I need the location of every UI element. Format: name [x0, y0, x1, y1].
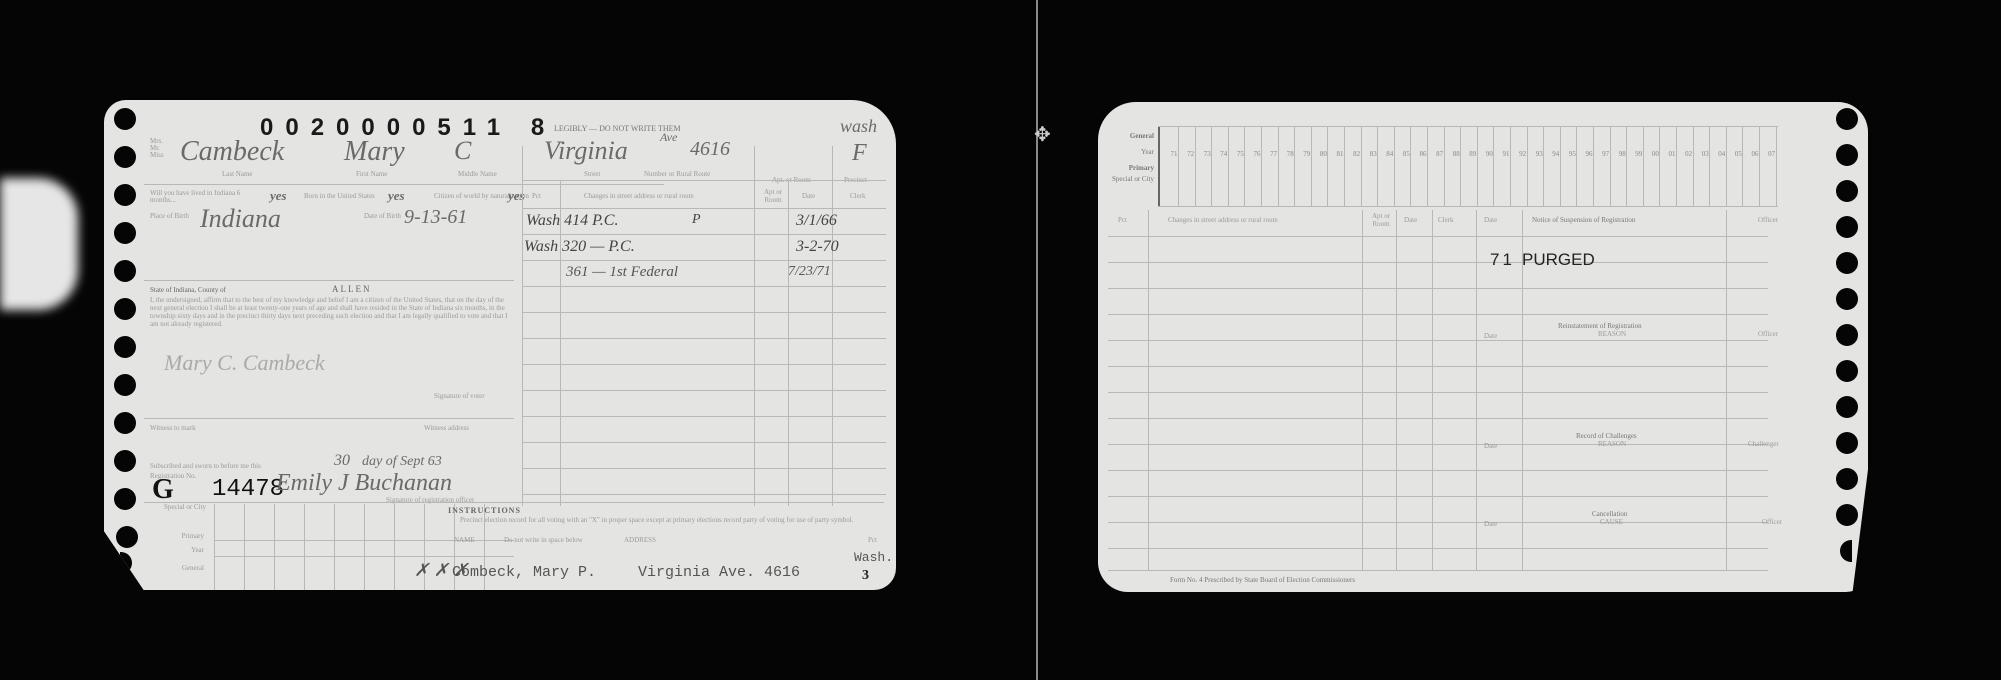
rule: [522, 234, 886, 235]
punch-hole: [1836, 108, 1858, 130]
punch-hole: [114, 412, 136, 434]
rule: [1476, 210, 1477, 570]
instructions-title: INSTRUCTIONS: [448, 506, 521, 515]
registrar-signature: Emily J Buchanan: [276, 470, 452, 497]
rule: [1148, 210, 1149, 570]
address-change-3-date: 7/23/71: [788, 264, 831, 280]
number-label: Number or Rural Route: [644, 170, 710, 178]
year-cell: 07: [1762, 150, 1782, 158]
rule: [1108, 288, 1768, 289]
rule: [1108, 366, 1768, 367]
name-prefix-labels: Mrs. Mr. Miss: [150, 138, 164, 159]
given-name: Mary: [344, 136, 405, 168]
rule: [522, 338, 886, 339]
footer-printed-name: Combeck, Mary P.: [452, 564, 596, 581]
subscribed-label: Subscribed and sworn to before me this: [150, 462, 261, 470]
punch-hole-partial: [1840, 540, 1852, 562]
voter-signature: Mary C. Cambeck: [164, 350, 325, 376]
address-change-1: Wash 414 P.C.: [526, 212, 618, 230]
oath-text: I, the undersigned, affirm that to the b…: [150, 296, 510, 328]
top-right-note: wash: [840, 116, 877, 137]
suspension-stamp-text: PURGED: [1522, 250, 1595, 270]
rule: [1776, 126, 1777, 206]
cancellation-officer-label: Officer: [1762, 518, 1782, 526]
suspension-title: Notice of Suspension of Registration: [1532, 216, 1635, 224]
rule: [1396, 210, 1397, 570]
rule: [274, 504, 275, 590]
punch-hole: [1836, 144, 1858, 166]
witness-address-label: Witness address: [424, 424, 469, 432]
rule: [1158, 206, 1778, 207]
rule: [1108, 548, 1768, 549]
rule: [1108, 444, 1768, 445]
history-general-label: General: [1106, 132, 1154, 140]
address-change-3: 361 — 1st Federal: [566, 264, 678, 281]
punch-hole: [1836, 180, 1858, 202]
witness-label: Witness to mark: [150, 424, 196, 432]
rule: [522, 208, 886, 209]
punch-hole: [1836, 360, 1858, 382]
rule: [522, 494, 886, 495]
rule: [244, 504, 245, 590]
last-name-label: Last Name: [222, 170, 253, 178]
footer-pct-label: Pct: [868, 536, 877, 544]
rule: [214, 504, 215, 590]
rule: [1742, 126, 1743, 206]
rule: [1726, 126, 1727, 206]
surname: Cambeck: [180, 136, 284, 168]
rule: [1410, 126, 1411, 206]
reinstatement-title: Reinstatement of Registration: [1558, 322, 1642, 330]
punch-hole: [114, 146, 136, 168]
dob-label: Date of Birth: [364, 212, 401, 220]
suspension-stamp-year: 71: [1490, 250, 1515, 270]
rule: [144, 184, 664, 185]
film-scratch-mark: ✥: [1034, 122, 1051, 146]
suspension-officer-label: Officer: [1758, 216, 1778, 224]
history-primary-label: Primary: [164, 532, 204, 540]
reinstatement-officer-label: Officer: [1758, 330, 1778, 338]
footer-printed-address: Virginia Ave. 4616: [638, 564, 800, 581]
footer-do-not-write: Do not write in space below: [504, 536, 583, 544]
punch-hole: [114, 260, 136, 282]
rule: [1659, 126, 1660, 206]
col-pct: Pct: [532, 192, 541, 200]
rule: [1108, 496, 1768, 497]
rule: [1527, 126, 1528, 206]
date-of-birth: 9-13-61: [404, 206, 467, 229]
punch-hole: [116, 526, 138, 548]
punch-hole: [1836, 252, 1858, 274]
rule: [1377, 126, 1378, 206]
rule: [1444, 126, 1445, 206]
rule: [1108, 570, 1768, 571]
punch-hole: [114, 488, 136, 510]
rule: [214, 556, 514, 557]
history-year-label: Year: [1106, 148, 1154, 156]
rule: [1244, 126, 1245, 206]
punch-hole-partial: [120, 552, 132, 574]
rule: [1626, 126, 1627, 206]
rule: [1108, 340, 1768, 341]
col-date: Date: [802, 192, 815, 200]
rule: [522, 416, 886, 417]
rule: [522, 260, 886, 261]
frame-divider: [1036, 0, 1038, 680]
rule: [1108, 392, 1768, 393]
rule: [832, 146, 833, 506]
middle-initial: C: [454, 136, 471, 166]
col-apt: Apt or Room: [760, 188, 786, 204]
subscribed-date: day of Sept 63: [362, 454, 442, 470]
rule: [522, 286, 886, 287]
registration-card-back: General Year Primary Special or City 717…: [1098, 102, 1868, 592]
history-special-label: Special or City: [1106, 176, 1154, 183]
middle-name-label: Middle Name: [458, 170, 497, 178]
rule: [1362, 210, 1363, 570]
rule: [1543, 126, 1544, 206]
punch-hole: [114, 450, 136, 472]
rule: [1108, 522, 1768, 523]
rule: [1576, 126, 1577, 206]
punch-hole: [1836, 324, 1858, 346]
punch-hole: [114, 374, 136, 396]
rule: [1510, 126, 1511, 206]
rule: [1560, 126, 1561, 206]
col-clerk: Clerk: [850, 192, 866, 200]
history-year-label: Year: [164, 546, 204, 554]
punch-hole: [1836, 468, 1858, 490]
history-primary-label: Primary: [1106, 164, 1154, 172]
rule: [1195, 126, 1196, 206]
punch-hole: [1836, 396, 1858, 418]
street-label: Street: [584, 170, 600, 178]
punch-hole: [114, 336, 136, 358]
col-clerk: Clerk: [1438, 216, 1454, 224]
cancellation-cause-label: CAUSE: [1600, 518, 1623, 526]
history-special-label: Special or City: [164, 504, 204, 511]
punch-hole: [1836, 432, 1858, 454]
address-change-2: Wash 320 — P.C.: [524, 238, 635, 256]
rule: [1278, 126, 1279, 206]
rule: [1294, 126, 1295, 206]
rule: [1432, 210, 1433, 570]
rule: [144, 502, 884, 503]
suspension-date-label: Date: [1484, 216, 1497, 224]
first-name-label: First Name: [356, 170, 387, 178]
address-change-1-extra: P: [692, 212, 701, 228]
subscribed-day: 30: [334, 452, 350, 470]
rule: [1726, 210, 1727, 570]
voter-signature-label: Signature of voter: [434, 392, 485, 400]
rule: [1610, 126, 1611, 206]
challenges-reason-label: REASON: [1598, 440, 1626, 448]
cancellation-title: Cancellation: [1592, 510, 1627, 518]
punch-hole: [1836, 504, 1858, 526]
reinstatement-date-label: Date: [1484, 332, 1497, 340]
col-date: Date: [1404, 216, 1417, 224]
house-number: 4616: [690, 138, 730, 161]
punch-hole: [114, 184, 136, 206]
instructions-text: Precinct election record for all voting …: [460, 516, 880, 524]
rule: [1643, 126, 1644, 206]
rule: [1693, 126, 1694, 206]
rule: [1311, 126, 1312, 206]
rule: [1228, 126, 1229, 206]
challenges-date-label: Date: [1484, 442, 1497, 450]
serial-number: 0020000511 8: [260, 114, 556, 142]
rule: [364, 504, 365, 590]
col-changes: Changes in street address or rural route: [1168, 216, 1278, 224]
punch-hole: [114, 222, 136, 244]
rule: [1327, 126, 1328, 206]
rule: [1108, 470, 1768, 471]
col-apt: Apt or Room: [1366, 212, 1396, 228]
address-change-2-date: 3-2-70: [796, 238, 839, 256]
rule: [1108, 262, 1768, 263]
rule: [1261, 126, 1262, 206]
footer-printed-precinct: Wash.: [854, 550, 893, 565]
rule: [1709, 126, 1710, 206]
rule: [522, 312, 886, 313]
question-1-answer: yes: [270, 188, 287, 204]
rule: [1460, 126, 1461, 206]
footer-name-label: NAME: [454, 536, 475, 544]
form-footer: Form No. 4 Prescribed by State Board of …: [1170, 576, 1355, 584]
col-changes: Changes in street address or rural route: [584, 192, 694, 200]
rule: [1108, 418, 1768, 419]
rule: [1676, 126, 1677, 206]
rule: [144, 280, 514, 281]
rule: [334, 504, 335, 590]
punch-hole: [1836, 288, 1858, 310]
rule: [522, 468, 886, 469]
footer-address-label: ADDRESS: [624, 536, 656, 544]
oath-county: ALLEN: [332, 284, 372, 294]
oath-county-label: State of Indiana, County of: [150, 286, 226, 294]
rule: [522, 442, 886, 443]
question-1-label: Will you have lived in Indiana 6 months.…: [150, 190, 250, 204]
rule: [1477, 126, 1478, 206]
rule: [522, 180, 886, 181]
rule: [144, 418, 514, 419]
rule: [1108, 314, 1768, 315]
rule: [1593, 126, 1594, 206]
rule: [394, 504, 395, 590]
street-suffix: Ave: [660, 130, 677, 145]
address-change-1-date: 3/1/66: [796, 212, 837, 230]
rule: [522, 146, 523, 506]
prefix-miss: Miss: [150, 152, 164, 159]
rule: [1394, 126, 1395, 206]
street-name: Virginia: [544, 136, 628, 166]
rule: [754, 146, 755, 506]
punch-hole: [1836, 216, 1858, 238]
rule: [1493, 126, 1494, 206]
question-2-label: Born in the United States: [304, 192, 375, 200]
punch-hole: [114, 108, 136, 130]
rule: [1759, 126, 1760, 206]
cancellation-date-label: Date: [1484, 520, 1497, 528]
rule: [1158, 126, 1160, 206]
rule: [788, 180, 789, 506]
registration-card-front: 0020000511 8 LEGIBLY — DO NOT WRITE THEM…: [104, 100, 896, 590]
registration-number: 14478: [212, 476, 284, 503]
footer-mark: 3: [862, 568, 869, 584]
rule: [1158, 126, 1778, 127]
challenges-challenger-label: Challenger: [1748, 440, 1779, 448]
rule: [1427, 126, 1428, 206]
rule: [1344, 126, 1345, 206]
rule: [522, 390, 886, 391]
rule: [304, 504, 305, 590]
history-general-label: General: [164, 564, 204, 572]
punch-hole: [114, 298, 136, 320]
birthplace: Indiana: [200, 204, 281, 234]
reinstatement-reason-label: REASON: [1598, 330, 1626, 338]
challenges-title: Record of Challenges: [1576, 432, 1637, 440]
rule: [1178, 126, 1179, 206]
question-2-answer: yes: [388, 188, 405, 204]
col-pct: Pct: [1118, 216, 1127, 224]
birthplace-label: Place of Birth: [150, 212, 189, 220]
blurred-edge-artifact: [0, 178, 78, 310]
rule: [1361, 126, 1362, 206]
rule: [522, 364, 886, 365]
rule: [1211, 126, 1212, 206]
rule: [1108, 236, 1768, 237]
precinct-value: F: [852, 140, 867, 167]
